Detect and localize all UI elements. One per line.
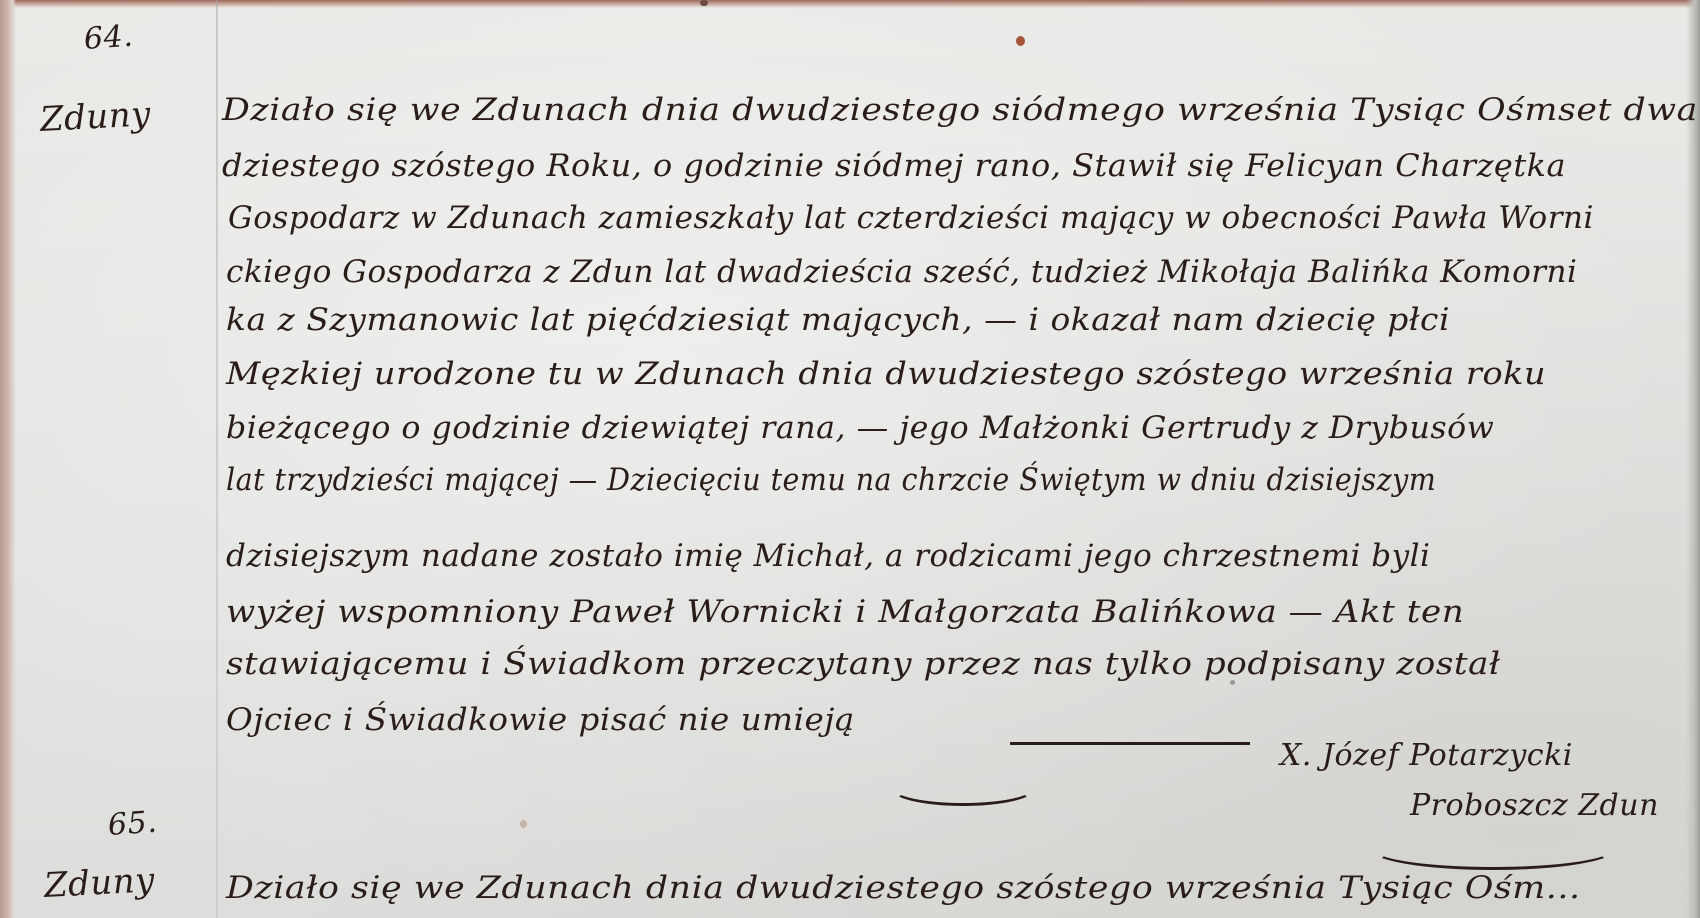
record-text-line: bieżącego o godzinie dziewiątej rana, — … (226, 410, 1494, 446)
priest-signature-title: Proboszcz Zdun (1410, 788, 1659, 823)
record-place: Zduny (39, 94, 152, 140)
ink-speck (700, 0, 708, 6)
paper-stain (520, 820, 527, 828)
record-text-line: Działo się we Zdunach dnia dwudziestego … (222, 92, 1698, 128)
signature-underline-flourish (1370, 828, 1616, 870)
record-text-line: dziestego szóstego Roku, o godzinie siód… (222, 148, 1566, 184)
record-text-line: Męzkiej urodzone tu w Zdunach dnia dwudz… (226, 356, 1546, 392)
closing-flourish-curve (890, 770, 1036, 806)
record-place: Zduny (43, 860, 156, 906)
margin-ruling-line (216, 0, 218, 918)
record-number: 64. (83, 19, 135, 57)
record-text-line: Działo się we Zdunach dnia dwudziestego … (226, 870, 1581, 906)
record-text-line: stawiającemu i Świadkom przeczytany prze… (226, 646, 1501, 682)
register-page: 64. Zduny Działo się we Zdunach dnia dwu… (0, 0, 1700, 918)
record-text-line: ckiego Gospodarza z Zdun lat dwadzieścia… (226, 254, 1577, 290)
record-text-line: ka z Szymanowic lat pięćdziesiąt mającyc… (226, 302, 1450, 338)
record-text-line: lat trzydzieści mającej — Dziecięciu tem… (226, 462, 1436, 498)
page-top-edge (0, 0, 1700, 8)
priest-signature-name: X. Józef Potarzycki (1280, 738, 1573, 773)
page-binding-edge (0, 0, 16, 918)
closing-flourish-line (1010, 742, 1250, 745)
record-number: 65. (107, 805, 159, 843)
record-text-line: Gospodarz w Zdunach zamieszkały lat czte… (228, 200, 1594, 236)
record-text-line: Ojciec i Świadkowie pisać nie umieją (226, 702, 855, 738)
record-text-line: wyżej wspomniony Paweł Wornicki i Małgor… (226, 594, 1464, 630)
ink-speck (1016, 36, 1025, 46)
record-text-line: dzisiejszym nadane zostało imię Michał, … (226, 538, 1430, 574)
page-right-edge (1686, 0, 1700, 918)
